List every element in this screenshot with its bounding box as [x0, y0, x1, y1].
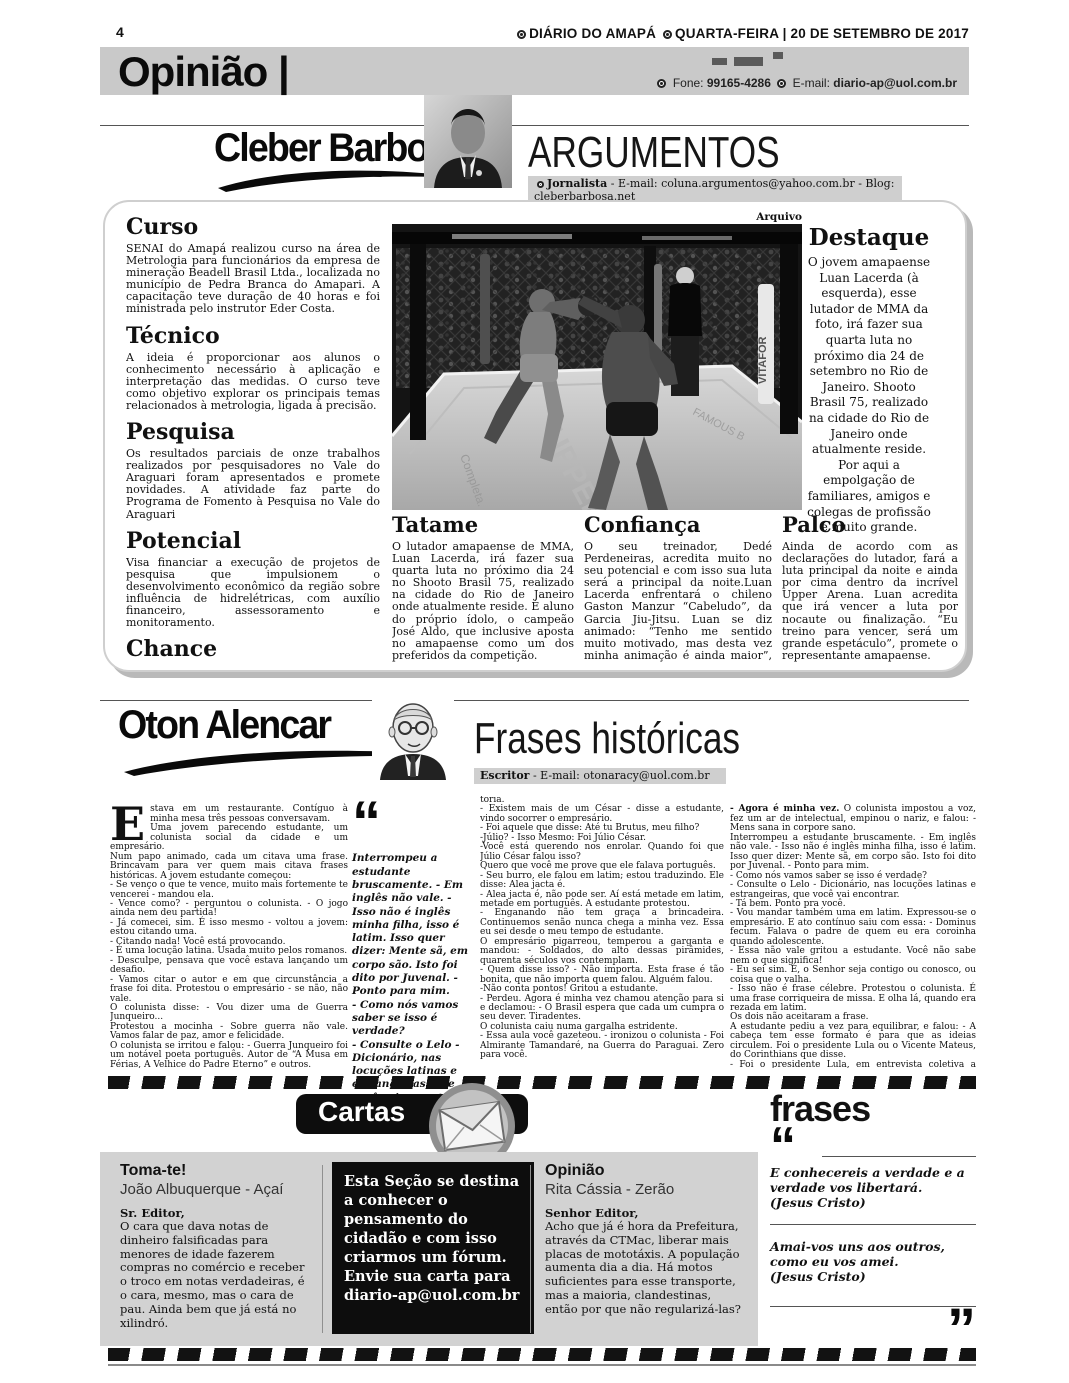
bottom-rule — [108, 1364, 976, 1366]
article-column-2: tória. - Existem mais de um César - diss… — [480, 796, 724, 1068]
frases-column-title: Frases históricas — [474, 714, 740, 764]
column-divider-rule — [100, 700, 969, 701]
news-heading: Chance — [126, 636, 380, 662]
letter-author: Rita Cássia - Zerão — [545, 1181, 743, 1198]
close-quote-icon: ” — [770, 1307, 976, 1353]
letter-salutation: Senhor Editor, — [545, 1206, 743, 1220]
frases-author-caricature — [372, 694, 454, 780]
frases-rule — [822, 1156, 976, 1157]
news-heading: Curso — [126, 214, 380, 240]
argumentos-column-title: ARGUMENTOS — [528, 128, 780, 178]
news-heading: Potencial — [126, 528, 380, 554]
letter-opiniao: Opinião Rita Cássia - Zerão Senhor Edito… — [545, 1162, 743, 1317]
cartas-notice: Esta Seção se destina a conhecer o pensa… — [332, 1162, 534, 1334]
news-heading: Pesquisa — [126, 419, 380, 445]
bullet-icon — [517, 30, 526, 39]
news-heading: Técnico — [126, 323, 380, 349]
phone-label: Fone: — [673, 76, 704, 90]
pullquote-text: Interrompeu a estudante bruscamente. - E… — [352, 852, 474, 1105]
letter-toma-te: Toma-te! João Albuquerque - Açaí Sr. Edi… — [120, 1162, 312, 1330]
article-column-3: - Agora é minha vez. O colunista imposto… — [730, 796, 976, 1068]
contact-line: Fone: 99165-4286 E-mail: diario-ap@uol.c… — [654, 76, 957, 90]
newspaper-page: 4 DIÁRIO DO AMAPÁ QUARTA-FEIRA | 20 DE S… — [0, 0, 1069, 1383]
news-paragraph: Visa financiar a execução de projetos de… — [126, 557, 380, 630]
frases-quote: Amai-vos uns aos outros, como eu vos ame… — [770, 1239, 976, 1269]
palco-section: Palco Ainda de acordo com as declarações… — [782, 512, 958, 662]
destaque-sidebar: Destaque O jovem amapaense Luan Lacerda … — [806, 224, 932, 536]
open-quote-icon: “ — [770, 1126, 976, 1168]
frases-quote: E conhecereis a verdade e a verdade vos … — [770, 1165, 976, 1195]
letter-body: Acho que já é hora da Prefeitura, atravé… — [545, 1220, 743, 1317]
frases-rule — [770, 1224, 976, 1225]
email-bullet-icon — [777, 79, 786, 88]
photo-credit: Arquivo — [392, 211, 802, 223]
section-title: Opinião | — [118, 48, 289, 96]
argumentos-left-column: Curso SENAI do Amapá realizou curso na á… — [126, 207, 380, 663]
destaque-text: O jovem amapaense Luan Lacerda (à esquer… — [806, 255, 932, 536]
dropcap: E — [110, 807, 145, 841]
stripe-divider — [108, 1348, 976, 1361]
frases-byline: Escritor - E-mail: otonaracy@uol.com.br — [474, 768, 726, 784]
frases-title: frases — [770, 1088, 976, 1130]
argumentos-author-photo — [424, 95, 512, 188]
news-paragraph: Os resultados parciais de onze trabalhos… — [126, 448, 380, 521]
masthead-date-line: DIÁRIO DO AMAPÁ QUARTA-FEIRA | 20 DE SET… — [514, 26, 969, 41]
phone-bullet-icon — [657, 79, 666, 88]
email-address: diario-ap@uol.com.br — [833, 76, 957, 90]
letter-author: João Albuquerque - Açaí — [120, 1181, 312, 1198]
mma-fight-photo: UPPER Completa. FAMOUS B VITAFOR — [392, 224, 802, 510]
letter-body: O cara que dava notas de dinheiro falsif… — [120, 1220, 312, 1330]
letter-title: Toma-te! — [120, 1162, 312, 1180]
article-column-1: Estava em um restaurante. Contíguo à min… — [110, 796, 348, 1068]
news-paragraph: A ideia é proporcionar aos alunos o conh… — [126, 352, 380, 412]
news-paragraph: SENAI do Amapá realizou curso na área de… — [126, 243, 380, 316]
frases-attribution: (Jesus Cristo) — [770, 1195, 976, 1210]
destaque-title: Destaque — [806, 224, 932, 251]
page-number: 4 — [116, 24, 124, 40]
frases-author-name: Oton Alencar — [118, 703, 330, 748]
svg-text:VITAFOR: VITAFOR — [757, 336, 769, 384]
byline-bullet-icon — [537, 181, 544, 188]
confianca-section: Confiança O seu treinador, Dedé Perdenei… — [584, 512, 772, 662]
frases-box: frases “ E conhecereis a verdade e a ver… — [770, 1088, 976, 1353]
email-label: E-mail: — [793, 76, 830, 90]
pullquote-box: “ Interrompeu a estudante bruscamente. -… — [352, 800, 474, 1105]
letters-divider — [530, 1165, 531, 1333]
letter-title: Opinião — [545, 1162, 743, 1180]
phone-number: 99165-4286 — [707, 76, 771, 90]
tatame-section: Tatame O lutador amapaense de MMA, Luan … — [392, 512, 574, 662]
letter-salutation: Sr. Editor, — [120, 1206, 312, 1220]
frases-attribution: (Jesus Cristo) — [770, 1269, 976, 1284]
letters-divider — [322, 1165, 323, 1333]
bullet-icon — [663, 30, 672, 39]
open-quote-icon: “ — [352, 800, 474, 846]
